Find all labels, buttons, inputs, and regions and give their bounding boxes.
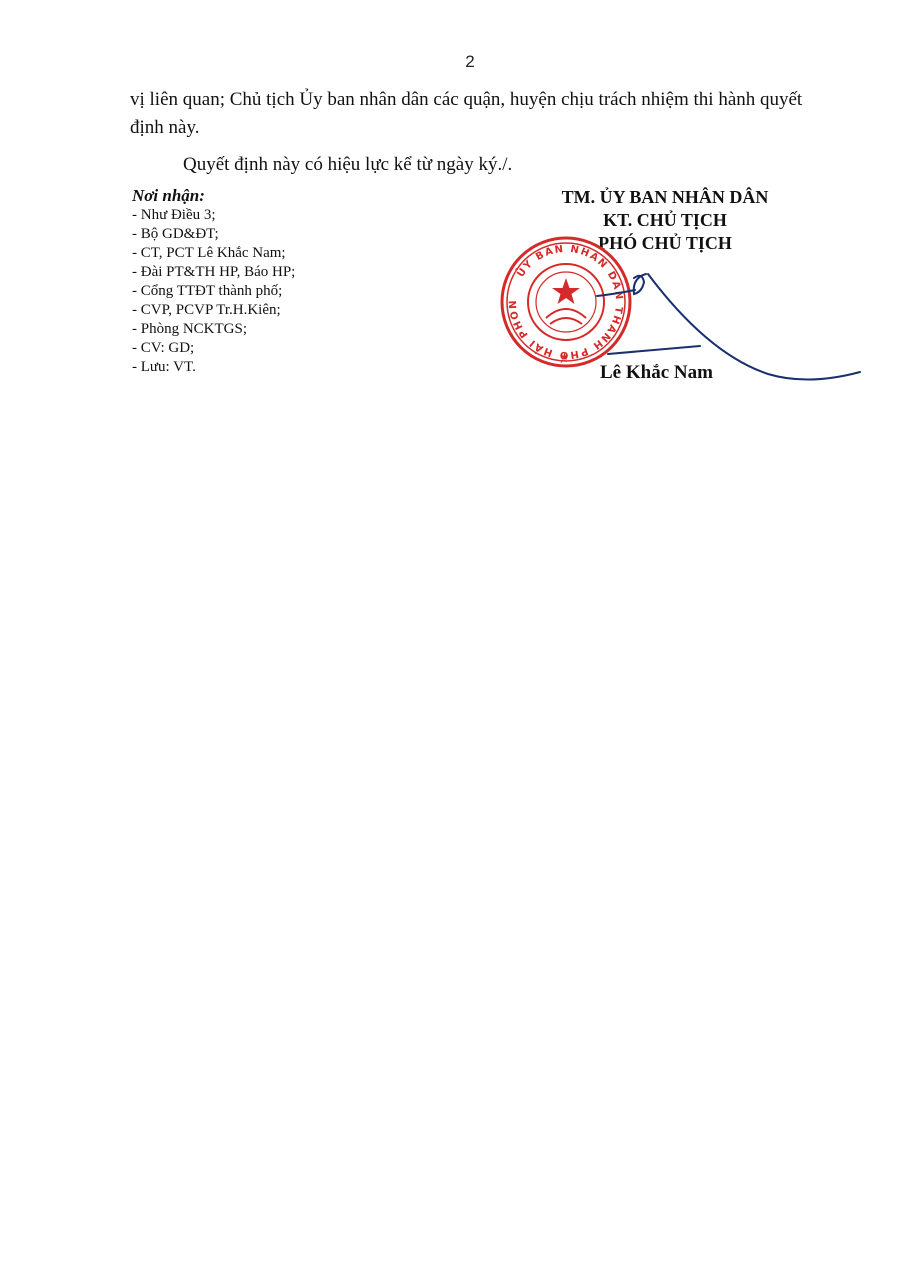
recipient-item: - Cổng TTĐT thành phố; [132,282,295,301]
svg-text:★: ★ [560,352,569,363]
recipient-item: - CVP, PCVP Tr.H.Kiên; [132,301,295,320]
recipient-item: - Phòng NCKTGS; [132,320,295,339]
recipient-item: - CV: GD; [132,339,295,358]
body-text: vị liên quan; Chủ tịch Ủy ban nhân dân c… [130,86,830,179]
recipient-item: - Lưu: VT. [132,358,295,377]
recipients-block: Nơi nhận: - Như Điều 3;- Bộ GD&ĐT;- CT, … [132,186,295,377]
recipient-item: - Đài PT&TH HP, Báo HP; [132,263,295,282]
signature-title-line1: TM. ỦY BAN NHÂN DÂN [520,186,810,209]
recipients-list: - Như Điều 3;- Bộ GD&ĐT;- CT, PCT Lê Khắ… [132,206,295,377]
recipient-item: - Bộ GD&ĐT; [132,225,295,244]
page-number: 2 [0,52,900,72]
recipient-item: - Như Điều 3; [132,206,295,225]
signer-name: Lê Khắc Nam [600,362,713,384]
effective-clause: Quyết định này có hiệu lực kể từ ngày ký… [130,151,830,179]
signature-title-line2: KT. CHỦ TỊCH [520,209,810,232]
body-paragraph: vị liên quan; Chủ tịch Ủy ban nhân dân c… [130,86,830,142]
recipient-item: - CT, PCT Lê Khắc Nam; [132,244,295,263]
recipients-title: Nơi nhận: [132,186,295,206]
